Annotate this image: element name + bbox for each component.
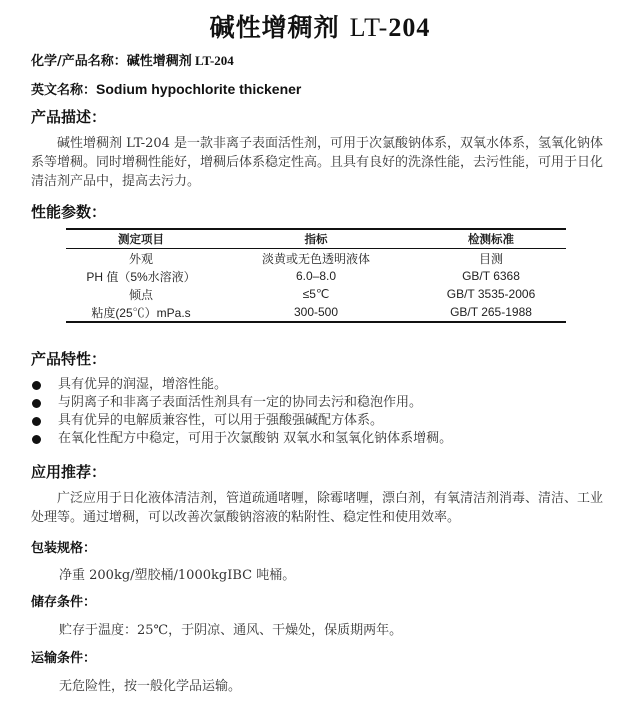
storage-text: 贮存于温度：25℃，于阴凉、通风、干燥处，保质期两年。 xyxy=(59,619,402,638)
table-cell: 6.0–8.0 xyxy=(216,267,416,285)
list-item: 在氧化性配方中稳定，可用于次氯酸钠 双氧水和氢氧化钠体系增稠。 xyxy=(31,430,452,448)
packaging-heading: 包装规格： xyxy=(31,537,96,556)
table-cell: 倾点 xyxy=(66,285,216,303)
title-code: LT-204 xyxy=(350,13,431,42)
storage-heading: 储存条件： xyxy=(31,591,96,610)
table-header-row: 测定项目 指标 检测标准 xyxy=(66,229,566,249)
title-cn: 碱性增稠剂 xyxy=(210,13,340,42)
bullet-icon xyxy=(32,417,41,426)
transport-heading: 运输条件： xyxy=(31,647,96,666)
english-name-label: 英文名称： xyxy=(31,83,96,98)
application-heading: 应用推荐： xyxy=(31,461,106,482)
table-row: 外观 淡黄或无色透明液体 目测 xyxy=(66,249,566,268)
description-text: 碱性增稠剂 LT-204 是一款非离子表面活性剂，可用于次氯酸钠体系，双氧水体系… xyxy=(31,134,609,191)
performance-heading: 性能参数： xyxy=(31,201,106,222)
document-title: 碱性增稠剂LT-204 xyxy=(0,8,640,44)
table-cell: ≤5℃ xyxy=(216,285,416,303)
table-cell: 300-500 xyxy=(216,303,416,322)
table-cell: 目测 xyxy=(416,249,566,268)
table-cell: 粘度(25℃）mPa.s xyxy=(66,303,216,322)
table-cell: GB/T 6368 xyxy=(416,267,566,285)
column-header: 指标 xyxy=(216,229,416,249)
english-name-value: Sodium hypochlorite thickener xyxy=(96,81,301,97)
bullet-icon xyxy=(32,381,41,390)
table-row: 倾点 ≤5℃ GB/T 3535-2006 xyxy=(66,285,566,303)
product-name-value: 碱性增稠剂 LT-204 xyxy=(127,53,234,68)
table-row: 粘度(25℃）mPa.s 300-500 GB/T 265-1988 xyxy=(66,303,566,322)
english-name-field: 英文名称：Sodium hypochlorite thickener xyxy=(31,79,301,98)
product-name-label: 化学/产品名称： xyxy=(31,54,127,69)
table-cell: PH 值（5%水溶液） xyxy=(66,267,216,285)
table-cell: 外观 xyxy=(66,249,216,268)
list-item: 具有优异的润湿，增溶性能。 xyxy=(31,376,452,394)
list-item: 具有优异的电解质兼容性，可以用于强酸强碱配方体系。 xyxy=(31,412,452,430)
table-cell: GB/T 3535-2006 xyxy=(416,285,566,303)
packaging-text: 净重 200kg/塑胶桶/1000kgIBC 吨桶。 xyxy=(59,564,295,583)
column-header: 检测标准 xyxy=(416,229,566,249)
table-cell: GB/T 265-1988 xyxy=(416,303,566,322)
bullet-icon xyxy=(32,435,41,444)
features-list: 具有优异的润湿，增溶性能。 与阴离子和非离子表面活性剂具有一定的协同去污和稳泡作… xyxy=(31,376,452,448)
column-header: 测定项目 xyxy=(66,229,216,249)
performance-table: 测定项目 指标 检测标准 外观 淡黄或无色透明液体 目测 PH 值（5%水溶液）… xyxy=(66,228,566,323)
bullet-icon xyxy=(32,399,41,408)
transport-text: 无危险性，按一般化学品运输。 xyxy=(59,675,241,694)
list-item: 与阴离子和非离子表面活性剂具有一定的协同去污和稳泡作用。 xyxy=(31,394,452,412)
table-row: PH 值（5%水溶液） 6.0–8.0 GB/T 6368 xyxy=(66,267,566,285)
description-heading: 产品描述： xyxy=(31,106,106,127)
product-name-field: 化学/产品名称：碱性增稠剂 LT-204 xyxy=(31,50,234,69)
table-cell: 淡黄或无色透明液体 xyxy=(216,249,416,268)
features-heading: 产品特性： xyxy=(31,348,106,369)
application-text: 广泛应用于日化液体清洁剂，管道疏通啫喱，除霉啫喱，漂白剂，有氧清洁剂消毒、清洁、… xyxy=(31,489,609,527)
